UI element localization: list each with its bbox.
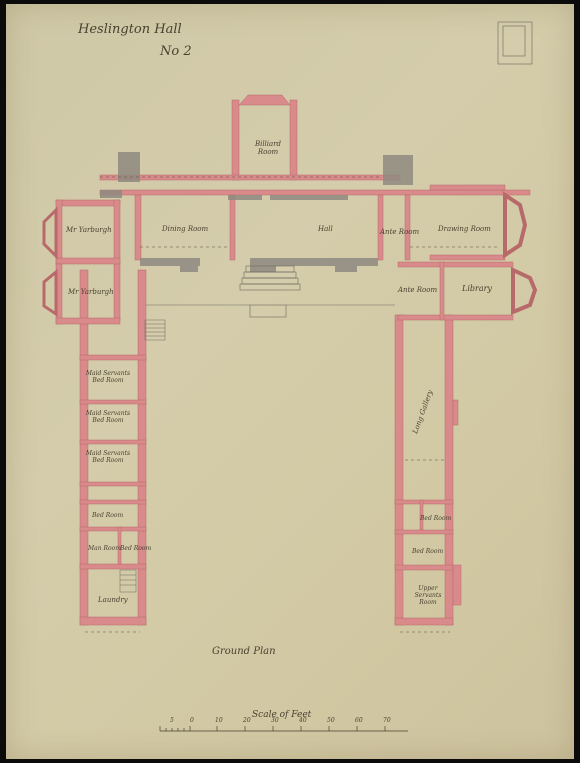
scale-tick: 20 [243, 717, 251, 724]
room-bed-e2: Bed Room [412, 548, 443, 555]
room-library: Library [462, 284, 492, 293]
room-bed-e1: Bed Room [420, 515, 451, 522]
pencil-sketch [498, 22, 532, 64]
room-ante-2: Ante Room [398, 286, 437, 294]
scale-bar [160, 726, 408, 731]
room-mr-yarburgh-2: Mr Yarburgh [68, 288, 114, 296]
room-ante: Ante Room [380, 228, 419, 236]
scale-tick: 0 [190, 717, 194, 724]
room-billiard: Billiard Room [248, 140, 288, 156]
room-hall: Hall [318, 225, 333, 233]
room-drawing: Drawing Room [438, 225, 491, 233]
scale-tick: 60 [355, 717, 363, 724]
room-man: Man Room [88, 545, 121, 552]
entrance-steps [146, 266, 395, 317]
plan-title: Ground Plan [212, 646, 276, 657]
room-maid-servants-1: Maid Servants Bed Room [80, 370, 136, 384]
scale-tick: 5 [170, 717, 174, 724]
room-maid-servants-2: Maid Servants Bed Room [80, 410, 136, 424]
scale-tick: 70 [383, 717, 391, 724]
room-laundry: Laundry [98, 596, 128, 604]
scale-tick: 50 [327, 717, 335, 724]
scale-tick: 40 [299, 717, 307, 724]
main-range-grey [100, 152, 413, 272]
sheet-number: No 2 [160, 44, 192, 59]
east-wing [395, 315, 461, 625]
room-dining: Dining Room [162, 225, 208, 233]
scale-tick: 30 [271, 717, 279, 724]
room-mr-yarburgh-1: Mr Yarburgh [66, 226, 112, 234]
room-upper-servants: Upper Servants Room [405, 585, 451, 606]
room-bed-w: Bed Room [92, 512, 123, 519]
scale-tick: 10 [215, 717, 223, 724]
dimension-lines [85, 177, 500, 632]
room-maid-servants-3: Maid Servants Bed Room [80, 450, 136, 464]
document-title: Heslington Hall [78, 22, 182, 37]
plan-page: Heslington Hall No 2 Ground Plan Scale o… [0, 0, 580, 763]
room-bed-w2: Bed Room [120, 545, 151, 552]
